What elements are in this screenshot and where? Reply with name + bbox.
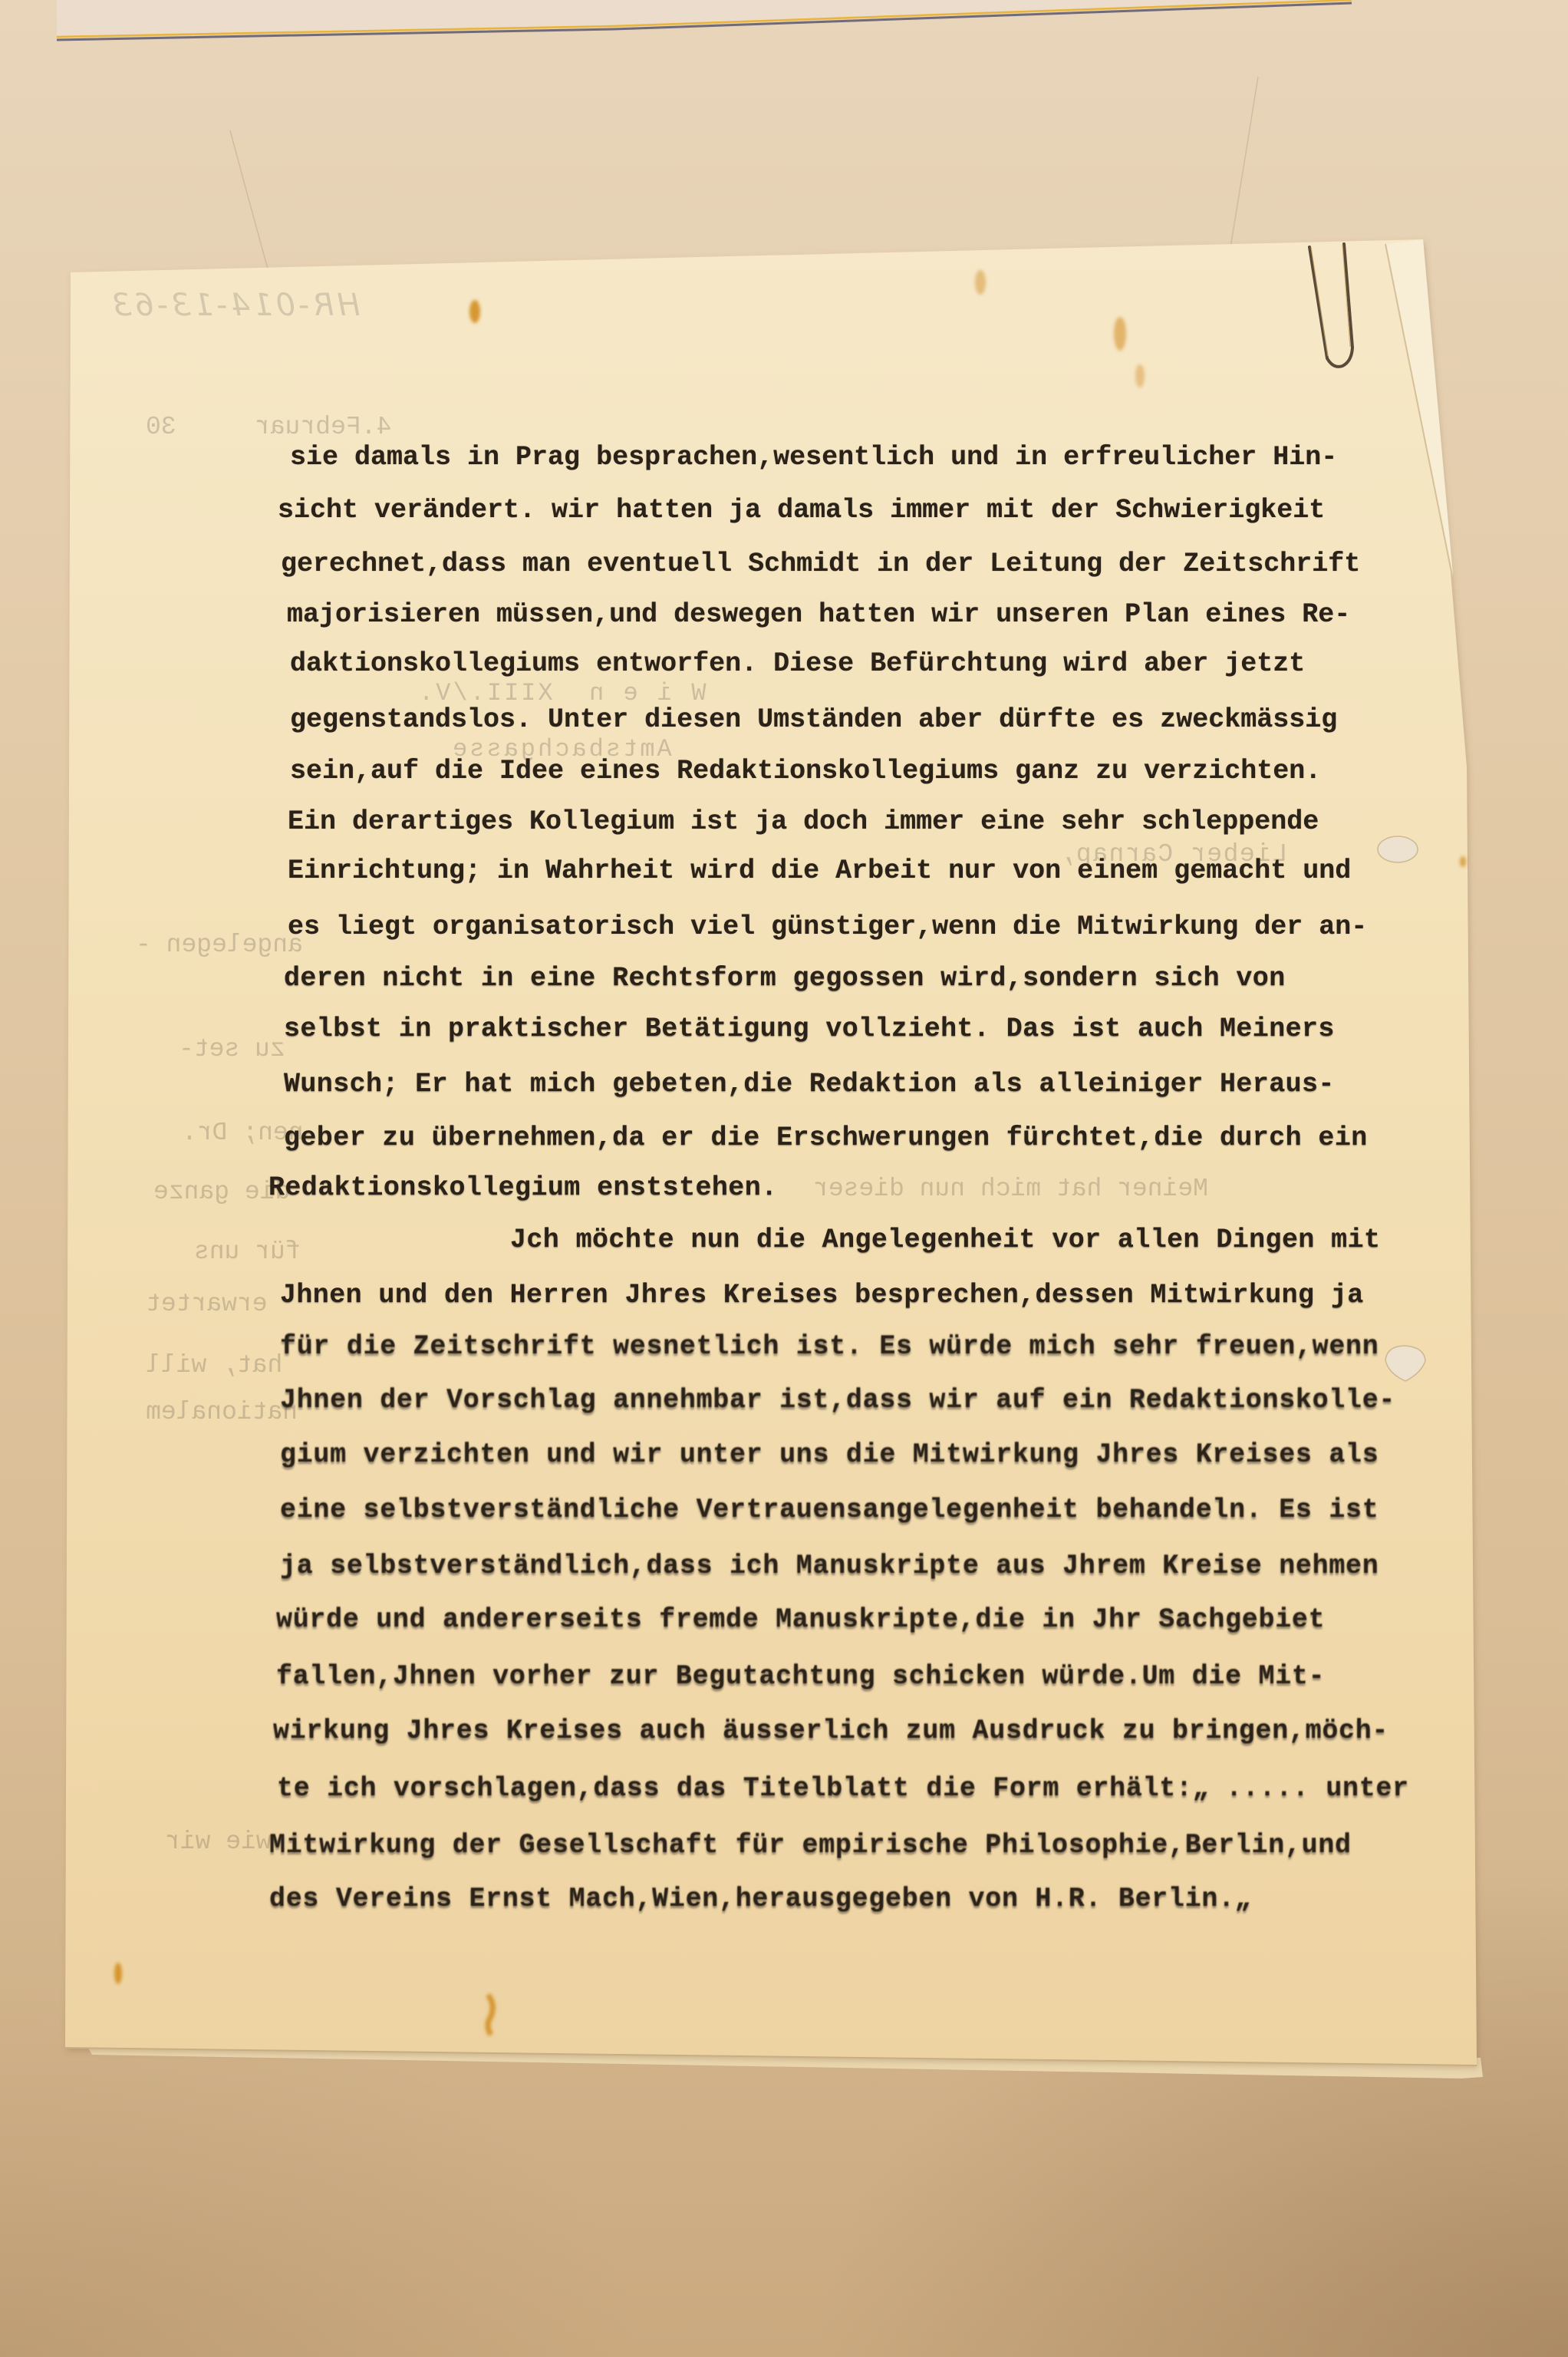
letter-line: Einrichtung; in Wahrheit wird die Arbeit… (288, 854, 1351, 888)
letter-line: eine selbstverständliche Vertrauensangel… (280, 1493, 1379, 1527)
letter-line: sicht verändert. wir hatten ja damals im… (278, 493, 1325, 527)
letter-line: sie damals in Prag besprachen,wesentlich… (290, 440, 1337, 474)
letter-line: Ein derartiges Kollegium ist ja doch imm… (288, 805, 1319, 839)
letter-line: gerechnet,dass man eventuell Schmidt in … (281, 547, 1360, 581)
letter-line: ja selbstverständlich,dass ich Manuskrip… (280, 1549, 1379, 1583)
letter-line: deren nicht in eine Rechtsform gegossen … (284, 961, 1286, 995)
letter-line: wirkung Jhres Kreises auch äusserlich zu… (273, 1714, 1388, 1748)
letter-line: Jhnen und den Herren Jhres Kreises bespr… (280, 1278, 1364, 1312)
letter-line: Jhnen der Vorschlag annehmbar ist,dass w… (280, 1383, 1395, 1417)
letter-line: selbst in praktischer Betätigung vollzie… (284, 1012, 1335, 1046)
letter-line: gegenstandslos. Unter diesen Umständen a… (290, 703, 1337, 737)
letter-line: geber zu übernehmen,da er die Erschwerun… (284, 1121, 1368, 1155)
letter-line: Mitwirkung der Gesellschaft für empirisc… (269, 1828, 1352, 1862)
letter-line: Wunsch; Er hat mich gebeten,die Redaktio… (284, 1067, 1335, 1101)
letter-line: für die Zeitschrift wesnetlich ist. Es w… (280, 1330, 1379, 1363)
letter-line: daktionskollegiums entworfen. Diese Befü… (290, 647, 1305, 681)
letter-line: majorisieren müssen,und deswegen hatten … (287, 598, 1350, 631)
letter-line: Redaktionskollegium enststehen. (268, 1171, 778, 1205)
letter-line: sein,auf die Idee eines Redaktionskolleg… (290, 754, 1321, 788)
letter-line: des Vereins Ernst Mach,Wien,herausgegebe… (269, 1882, 1252, 1916)
letter-line: es liegt organisatorisch viel günstiger,… (288, 910, 1367, 944)
letter-line: fallen,Jhnen vorher zur Begutachtung sch… (276, 1660, 1325, 1693)
letter-line: würde und andererseits fremde Manuskript… (276, 1603, 1325, 1637)
letter-line: te ich vorschlagen,dass das Titelblatt d… (277, 1772, 1409, 1805)
typewritten-letter: sie damals in Prag besprachen,wesentlich… (0, 0, 1568, 2357)
letter-line: gium verzichten und wir unter uns die Mi… (280, 1438, 1379, 1472)
letter-paragraph-start: Jch möchte nun die Angelegenheit vor all… (510, 1223, 1380, 1257)
